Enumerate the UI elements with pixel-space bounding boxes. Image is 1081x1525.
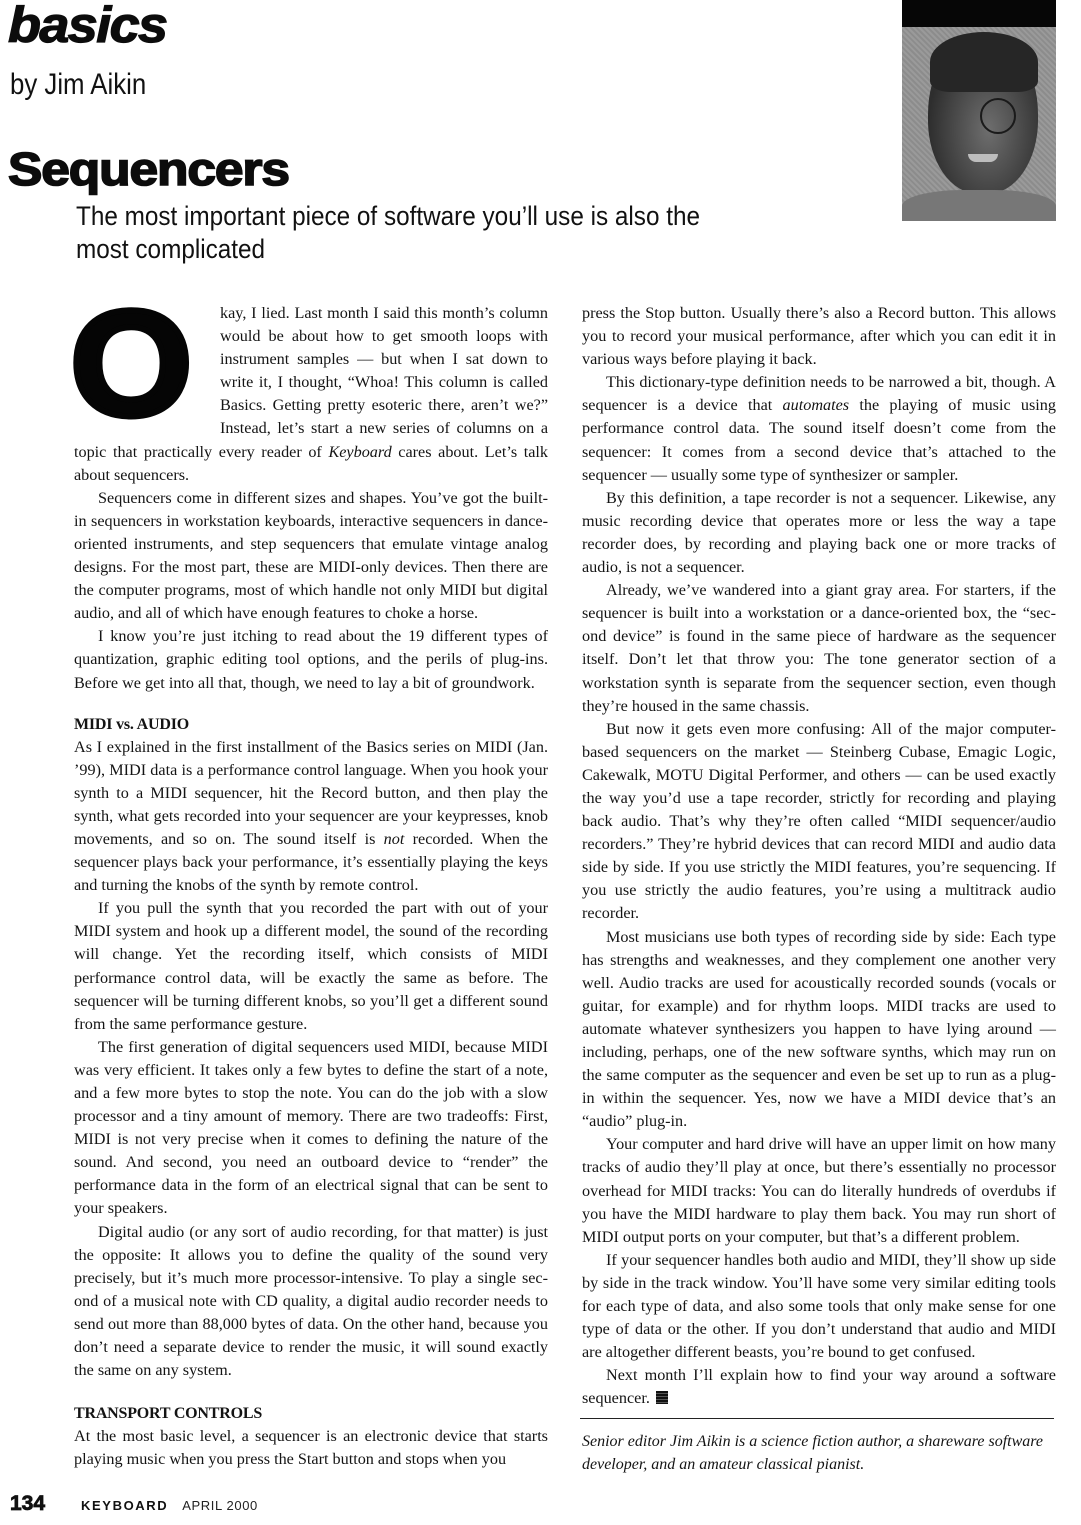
portrait-glasses: [980, 98, 1016, 134]
portrait-shoulders: [902, 190, 1056, 221]
page-footer: 134 KEYBOARD APRIL 2000: [10, 1492, 258, 1516]
paragraph: Most musicians use both types of recordi…: [582, 926, 1056, 1134]
author-photo: [902, 0, 1056, 221]
portrait-hair: [930, 32, 1038, 92]
emphasis: not: [384, 830, 405, 848]
paragraph: Sequencers come in different sizes and s…: [74, 487, 548, 626]
magazine-name: KEYBOARD: [81, 1498, 168, 1513]
subheading-midi-vs-audio: MIDI vs. AUDIO: [74, 713, 548, 736]
bio-divider: [580, 1418, 1054, 1419]
issue-date: APRIL 2000: [182, 1498, 258, 1513]
paragraph: This dictionary-type definition needs to…: [582, 371, 1056, 486]
paragraph: By this definition, a tape recorder is n…: [582, 487, 1056, 579]
byline: by Jim Aikin: [10, 70, 146, 100]
deck-subtitle: The most important piece of software you…: [76, 200, 706, 266]
paragraph: As I explained in the first installment …: [74, 736, 548, 898]
article-column-left: O kay, I lied. Last month I said this mo…: [74, 302, 548, 1471]
section-kicker: basics: [8, 0, 166, 50]
intro-paragraph: O kay, I lied. Last month I said this mo…: [74, 302, 548, 487]
page-number: 134: [10, 1492, 45, 1516]
end-of-article-icon: [656, 1391, 668, 1404]
photo-top-bar: [902, 0, 1056, 27]
paragraph: Your computer and hard drive will have a…: [582, 1133, 1056, 1248]
paragraph: If your sequencer handles both audio and…: [582, 1249, 1056, 1364]
paragraph-text: Next month I’ll explain how to find your…: [582, 1366, 1056, 1407]
paragraph: The first generation of digital sequence…: [74, 1036, 548, 1221]
headline: Sequencers: [8, 146, 289, 192]
article-column-right: press the Stop button. Usually there’s a…: [582, 302, 1056, 1411]
drop-cap: O: [70, 304, 217, 424]
paragraph: I know you’re just itching to read about…: [74, 625, 548, 694]
subheading-transport-controls: TRANSPORT CONTROLS: [74, 1402, 548, 1425]
paragraph: At the most basic level, a sequencer is …: [74, 1425, 548, 1471]
portrait-smile: [968, 154, 998, 162]
paragraph: But now it gets even more confusing: All…: [582, 718, 1056, 926]
paragraph: press the Stop button. Usually there’s a…: [582, 302, 1056, 371]
paragraph: Already, we’ve wandered into a giant gra…: [582, 579, 1056, 718]
author-bio: Senior editor Jim Aikin is a science fic…: [582, 1430, 1056, 1476]
emphasis: automates: [783, 396, 850, 414]
closing-paragraph: Next month I’ll explain how to find your…: [582, 1364, 1056, 1410]
magazine-title-italic: Keyboard: [328, 443, 391, 461]
paragraph: Digital audio (or any sort of audio reco…: [74, 1221, 548, 1383]
paragraph: If you pull the synth that you recorded …: [74, 897, 548, 1036]
